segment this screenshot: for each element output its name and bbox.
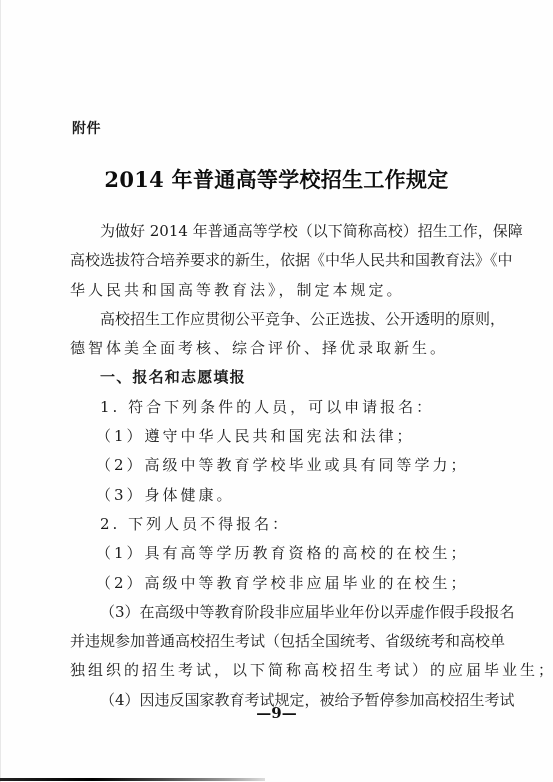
list-item: （3）身体健康。	[70, 481, 482, 510]
document-body: 为做好 2014 年普通高等学校（以下简称高校）招生工作，保障 高校选拔符合培养…	[70, 217, 482, 715]
paragraph-line: 并违规参加普通高校招生考试（包括全国统考、省级统考和高校单	[70, 627, 482, 656]
list-item: （1）具有高等学历教育资格的高校的在校生；	[70, 539, 482, 568]
list-item: （1）遵守中华人民共和国宪法和法律；	[70, 422, 482, 451]
document-title: 2014 年普通高等学校招生工作规定	[0, 164, 553, 194]
document-page: 附件 2014 年普通高等学校招生工作规定 为做好 2014 年普通高等学校（以…	[0, 0, 553, 782]
clause-line: 1. 符合下列条件的人员，可以申请报名：	[70, 393, 482, 422]
attachment-label: 附件	[72, 118, 101, 138]
list-item: （3）在高级中等教育阶段非应届毕业年份以弄虚作假手段报名	[70, 598, 482, 627]
page-number: —9—	[0, 704, 553, 722]
paragraph-line: 高校选拔符合培养要求的新生，依据《中华人民共和国教育法》《中	[70, 246, 482, 275]
paragraph-line: 独组织的招生考试，以下简称高校招生考试）的应届毕业生；	[70, 656, 482, 685]
paragraph-line: 华人民共和国高等教育法》，制定本规定。	[70, 276, 482, 305]
list-item: （2）高级中等教育学校非应届毕业的在校生；	[70, 569, 482, 598]
paragraph-line: 德智体美全面考核、综合评价、择优录取新生。	[70, 334, 482, 363]
clause-line: 2. 下列人员不得报名：	[70, 510, 482, 539]
scan-shadow	[0, 778, 265, 781]
paragraph-line: 为做好 2014 年普通高等学校（以下简称高校）招生工作，保障	[70, 217, 482, 246]
list-item: （2）高级中等教育学校毕业或具有同等学力；	[70, 451, 482, 480]
section-heading: 一、报名和志愿填报	[70, 363, 482, 392]
scan-edge	[0, 0, 1, 782]
paragraph-line: 高校招生工作应贯彻公平竞争、公正选拔、公开透明的原则，	[70, 305, 482, 334]
